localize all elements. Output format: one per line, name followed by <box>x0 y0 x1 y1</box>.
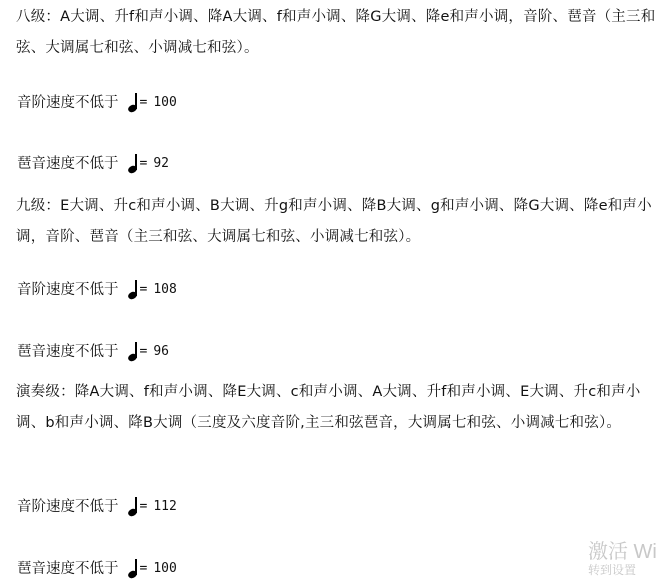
tempo-value: 108 <box>153 280 176 300</box>
tempo-label: 琶音速度不低于 <box>17 559 119 579</box>
performance-arpeggio-tempo: 琶音速度不低于 = 100 <box>17 559 177 579</box>
tempo-label: 音阶速度不低于 <box>17 280 119 300</box>
quarter-note-icon <box>127 559 139 579</box>
tempo-equals: = <box>140 497 148 517</box>
grade-9-description: 九级：E大调、升c和声小调、B大调、升g和声小调、降B大调、g和声小调、降G大调… <box>16 191 661 253</box>
grade-8-description: 八级：A大调、升f和声小调、降A大调、f和声小调、降G大调、降e和声小调，音阶、… <box>16 2 661 64</box>
grade-9-arpeggio-tempo: 琶音速度不低于 = 96 <box>17 342 169 362</box>
windows-activation-watermark: 激活 Wi 转到设置 <box>588 541 663 577</box>
tempo-label: 音阶速度不低于 <box>17 497 119 517</box>
tempo-equals: = <box>140 93 148 113</box>
quarter-note-icon <box>127 280 139 300</box>
performance-grade-description: 演奏级：降A大调、f和声小调、降E大调、c和声小调、A大调、升f和声小调、E大调… <box>16 377 661 439</box>
performance-scale-tempo: 音阶速度不低于 = 112 <box>17 497 177 517</box>
tempo-label: 音阶速度不低于 <box>17 93 119 113</box>
watermark-line-2: 转到设置 <box>588 563 663 577</box>
tempo-equals: = <box>140 154 148 174</box>
tempo-value: 100 <box>153 93 176 113</box>
tempo-value: 96 <box>153 342 169 362</box>
tempo-label: 琶音速度不低于 <box>17 154 119 174</box>
tempo-value: 100 <box>153 559 176 579</box>
tempo-value: 92 <box>153 154 169 174</box>
quarter-note-icon <box>127 497 139 517</box>
grade-8-arpeggio-tempo: 琶音速度不低于 = 92 <box>17 154 169 174</box>
tempo-equals: = <box>140 342 148 362</box>
tempo-equals: = <box>140 280 148 300</box>
tempo-label: 琶音速度不低于 <box>17 342 119 362</box>
tempo-equals: = <box>140 559 148 579</box>
quarter-note-icon <box>127 154 139 174</box>
grade-8-scale-tempo: 音阶速度不低于 = 100 <box>17 93 177 113</box>
quarter-note-icon <box>127 93 139 113</box>
tempo-value: 112 <box>153 497 176 517</box>
grade-9-scale-tempo: 音阶速度不低于 = 108 <box>17 280 177 300</box>
quarter-note-icon <box>127 342 139 362</box>
watermark-line-1: 激活 Wi <box>588 541 663 563</box>
